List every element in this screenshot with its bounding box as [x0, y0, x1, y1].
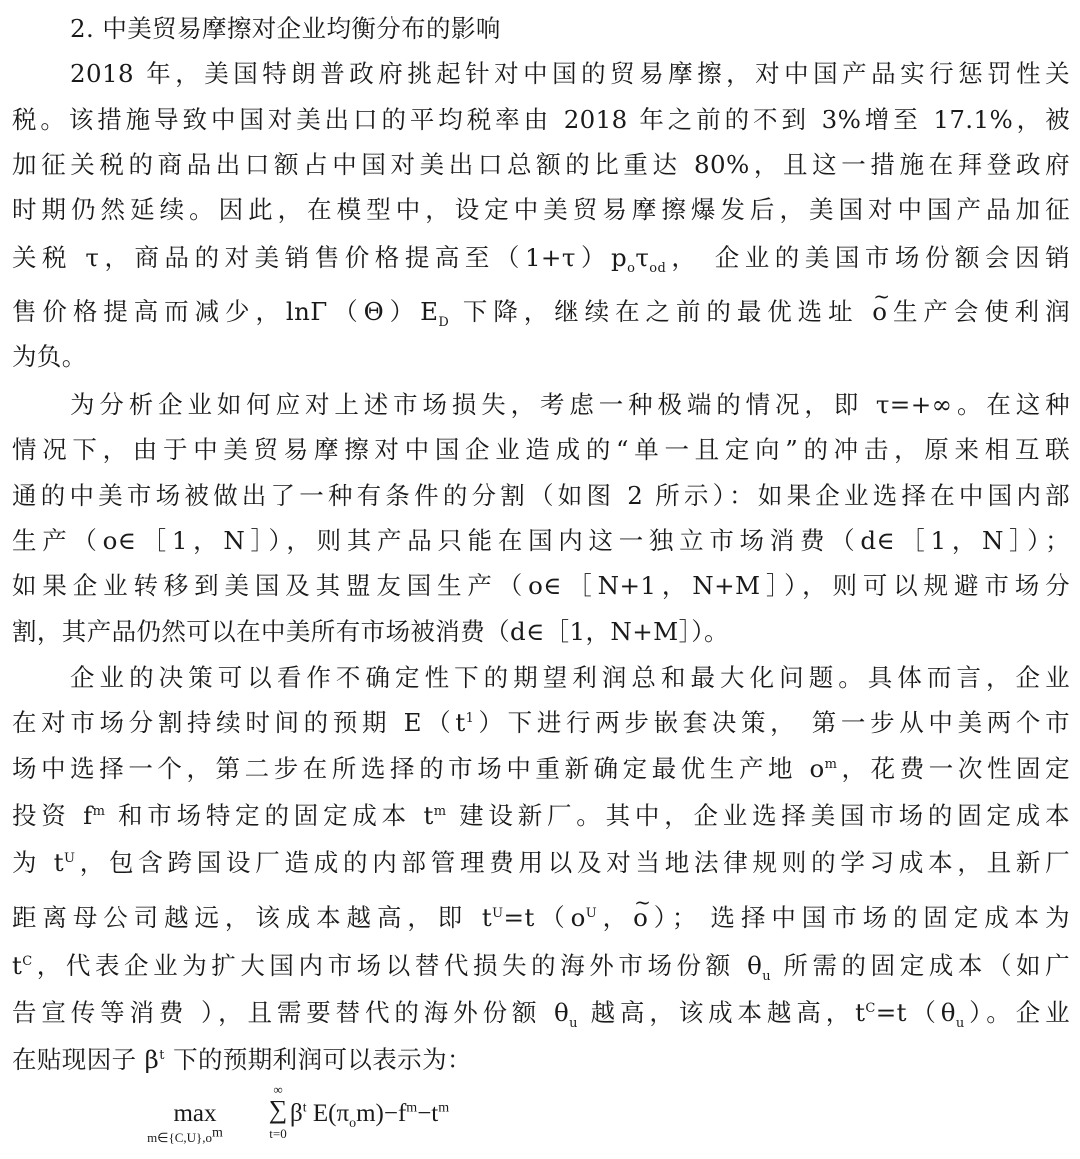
- text: 越高，该成本越高，t: [578, 998, 865, 1027]
- text: 生产会使利润: [887, 297, 1070, 326]
- paragraph-2-line-2: 情况下，由于中美贸易摩擦对中国企业造成的“单一且定向”的冲击，原来相互联: [12, 435, 1070, 465]
- text: 为 t: [12, 848, 64, 877]
- text: E(π: [313, 1100, 349, 1127]
- text: 下的预期利润可以表示为：: [165, 1045, 472, 1074]
- subscript: u: [956, 1016, 965, 1031]
- paragraph-3-line-2: 在对市场分割持续时间的预期 E（t1）下进行两步嵌套决策， 第一步从中美两个市: [12, 708, 1070, 738]
- paragraph-1-line-5: 关税 τ，商品的对美销售价格提高至（1+τ）poτod， 企业的美国市场份额会因…: [12, 243, 1070, 273]
- paragraph-3-line-3: 场中选择一个，第二步在所选择的市场中重新确定最优生产地 om，花费一次性固定: [12, 754, 1070, 784]
- text: 和市场特定的固定成本 t: [105, 801, 433, 830]
- subscript: u: [569, 1016, 578, 1031]
- subscript: u: [762, 969, 771, 984]
- paragraph-1-line-1: 2018 年，美国特朗普政府挑起针对中国的贸易摩擦，对中国产品实行惩罚性关: [70, 59, 1070, 89]
- text: ，: [597, 903, 633, 932]
- text: β: [290, 1100, 303, 1127]
- text: 距离母公司越远，该成本越高，即 t: [12, 903, 492, 932]
- text: ）； 选择中国市场的固定成本为: [648, 903, 1070, 932]
- text: ）。企业: [965, 998, 1070, 1027]
- text: 告宣传等消费 ），且需要替代的海外份额 θ: [12, 998, 569, 1027]
- paragraph-2-line-1: 为分析企业如何应对上述市场损失，考虑一种极端的情况，即 τ=+∞。在这种: [70, 390, 1070, 420]
- superscript: t: [303, 1101, 307, 1116]
- paragraph-1-line-4: 时期仍然延续。因此，在模型中，设定中美贸易摩擦爆发后，美国对中国产品加征: [12, 195, 1070, 225]
- text: 所需的固定成本（如广: [771, 951, 1070, 980]
- text: ）下进行两步嵌套决策， 第一步从中美两个市: [474, 708, 1070, 737]
- superscript: U: [492, 906, 503, 921]
- text: 建设新厂。其中，企业选择美国市场的固定成本: [447, 801, 1070, 830]
- superscript: C: [22, 954, 32, 969]
- text: ，包含跨国设厂造成的内部管理费用以及对当地法律规则的学习成本，且新厂: [75, 848, 1070, 877]
- subscript: D: [438, 315, 449, 330]
- paragraph-2-line-6: 割，其产品仍然可以在中美所有市场被消费（d∈［1，N+M］）。: [12, 617, 1070, 647]
- text: 投资 f: [12, 801, 93, 830]
- paragraph-1-line-7: 为负。: [12, 342, 1070, 372]
- superscript: U: [586, 906, 597, 921]
- paragraph-3-line-8: 告宣传等消费 ），且需要替代的海外份额 θu 越高，该成本越高，tC=t（θu）…: [12, 998, 1070, 1028]
- paragraph-3-line-7: tC，代表企业为扩大国内市场以替代损失的海外市场份额 θu 所需的固定成本（如广: [12, 951, 1070, 981]
- max-label: max: [125, 1100, 245, 1128]
- text: ，花费一次性固定: [837, 754, 1070, 783]
- paragraph-1-line-6: 售价格提高而减少，lnΓ（Θ）ED 下降，继续在之前的最优选址 o生产会使利润: [12, 297, 1070, 327]
- o-tilde-symbol: o: [872, 297, 887, 327]
- superscript: C: [865, 1001, 875, 1016]
- text: 下降，继续在之前的最优选址: [449, 297, 872, 326]
- paragraph-3-line-5: 为 tU，包含跨国设厂造成的内部管理费用以及对当地法律规则的学习成本，且新厂: [12, 848, 1070, 878]
- text: m∈{C,U},o: [147, 1130, 212, 1145]
- text: t: [12, 951, 22, 980]
- text: 关税 τ，商品的对美销售价格提高至（1+τ）p: [12, 243, 627, 272]
- summation: ∞ ∑ t=0: [263, 1082, 293, 1142]
- paragraph-1-line-3: 加征关税的商品出口额占中国对美出口总额的比重达 80%，且这一措施在拜登政府: [12, 150, 1070, 180]
- paragraph-2-line-5: 如果企业转移到美国及其盟友国生产（o∈［N+1，N+M］），则可以规避市场分: [12, 571, 1070, 601]
- superscript: 1: [466, 711, 475, 726]
- superscript: m: [93, 804, 106, 819]
- text: 在对市场分割持续时间的预期 E（t: [12, 708, 466, 737]
- paragraph-3-line-4: 投资 fm 和市场特定的固定成本 tm 建设新厂。其中，企业选择美国市场的固定成…: [12, 801, 1070, 831]
- superscript: m: [438, 1101, 449, 1116]
- superscript: m: [434, 804, 447, 819]
- text: −t: [417, 1100, 438, 1127]
- o-tilde-symbol: o: [633, 903, 648, 933]
- paper-page: 2. 中美贸易摩擦对企业均衡分布的影响 2018 年，美国特朗普政府挑起针对中国…: [0, 0, 1080, 1159]
- superscript: m: [825, 757, 838, 772]
- text: 在贴现因子 β: [12, 1045, 159, 1074]
- sigma-symbol: ∑: [263, 1098, 293, 1122]
- superscript: m: [212, 1126, 223, 1141]
- subscript: od: [649, 261, 666, 276]
- max-operator: max m∈{C,U},om: [125, 1100, 245, 1146]
- max-subscript: m∈{C,U},om: [125, 1130, 245, 1146]
- sum-lower-limit: t=0: [263, 1126, 293, 1142]
- text: ， 企业的美国市场份额会因销: [666, 243, 1070, 272]
- section-heading: 2. 中美贸易摩擦对企业均衡分布的影响: [70, 14, 1070, 44]
- paragraph-3-line-1: 企业的决策可以看作不确定性下的期望利润总和最大化问题。具体而言，企业: [70, 663, 1070, 693]
- text: ，代表企业为扩大国内市场以替代损失的海外市场份额 θ: [33, 951, 763, 980]
- paragraph-3-line-6: 距离母公司越远，该成本越高，即 tU=t（oU，o）； 选择中国市场的固定成本为: [12, 903, 1070, 933]
- superscript: m: [406, 1101, 417, 1116]
- text: =t（θ: [876, 998, 956, 1027]
- text: 场中选择一个，第二步在所选择的市场中重新确定最优生产地 o: [12, 754, 825, 783]
- text: m)−f: [356, 1100, 406, 1127]
- text: τ: [635, 243, 649, 272]
- paragraph-2-line-3: 通的中美市场被做出了一种有条件的分割（如图 2 所示）：如果企业选择在中国内部: [12, 481, 1070, 511]
- paragraph-3-line-9: 在贴现因子 βt 下的预期利润可以表示为：: [12, 1045, 1070, 1075]
- paragraph-2-line-4: 生产（o∈［1，N］），则其产品只能在国内这一独立市场消费（d∈［1，N］）；: [12, 526, 1070, 556]
- superscript: U: [64, 851, 75, 866]
- text: 售价格提高而减少，lnΓ（Θ）E: [12, 297, 438, 326]
- formula-expression: βt E(πom)−fm−tm: [290, 1100, 449, 1128]
- text: =t（o: [504, 903, 586, 932]
- paragraph-1-line-2: 税。该措施导致中国对美出口的平均税率由 2018 年之前的不到 3%增至 17.…: [12, 105, 1070, 135]
